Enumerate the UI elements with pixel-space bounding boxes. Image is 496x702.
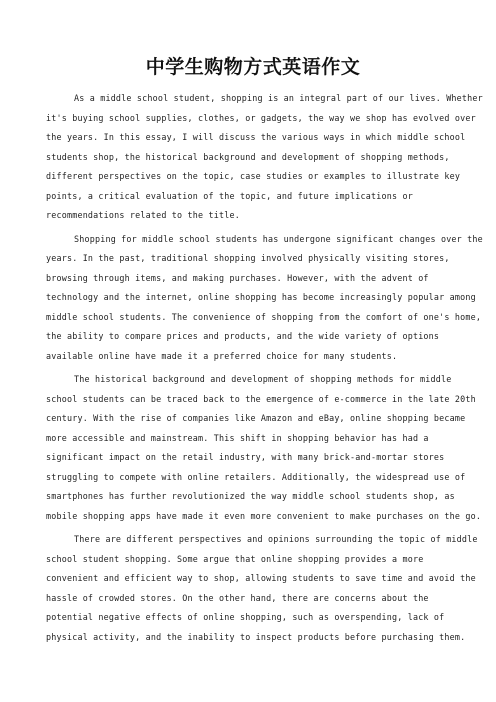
essay-line: struggling to compete with online retail…	[46, 468, 466, 488]
essay-line: middle school students. The convenience …	[46, 308, 466, 328]
essay-line: smartphones has further revolutionized t…	[46, 487, 466, 507]
essay-line: the ability to compare prices and produc…	[46, 327, 466, 347]
essay-line: school student shopping. Some argue that…	[46, 550, 466, 570]
essay-line: The historical background and developmen…	[46, 370, 466, 390]
essay-line: students shop, the historical background…	[46, 148, 466, 168]
essay-paragraph: As a middle school student, shopping is …	[46, 89, 466, 226]
essay-line: century. With the rise of companies like…	[46, 409, 466, 429]
essay-paragraph: There are different perspectives and opi…	[46, 530, 466, 647]
essay-line: different perspectives on the topic, cas…	[46, 167, 466, 187]
essay-line: mobile shopping apps have made it even m…	[46, 507, 466, 527]
document-title: 中学生购物方式英语作文	[46, 50, 460, 84]
essay-body: As a middle school student, shopping is …	[46, 89, 466, 647]
essay-line: recommendations related to the title.	[46, 206, 466, 226]
document-viewport: { "document": { "title": "中学生购物方式英语作文", …	[0, 0, 496, 702]
essay-line: years. In the past, traditional shopping…	[46, 249, 466, 269]
essay-line: technology and the internet, online shop…	[46, 288, 466, 308]
essay-line: school students can be traced back to th…	[46, 390, 466, 410]
essay-line: hassle of crowded stores. On the other h…	[46, 589, 466, 609]
document-page: 中学生购物方式英语作文 As a middle school student, …	[0, 0, 496, 702]
essay-line: significant impact on the retail industr…	[46, 448, 466, 468]
essay-line: physical activity, and the inability to …	[46, 628, 466, 648]
essay-paragraph: Shopping for middle school students has …	[46, 230, 466, 367]
essay-line: more accessible and mainstream. This shi…	[46, 429, 466, 449]
essay-line: points, a critical evaluation of the top…	[46, 187, 466, 207]
essay-line: available online have made it a preferre…	[46, 347, 466, 367]
essay-line: the years. In this essay, I will discuss…	[46, 128, 466, 148]
essay-line: As a middle school student, shopping is …	[46, 89, 466, 109]
essay-line: convenient and efficient way to shop, al…	[46, 569, 466, 589]
essay-line: it's buying school supplies, clothes, or…	[46, 109, 466, 129]
essay-line: browsing through items, and making purch…	[46, 269, 466, 289]
essay-line: There are different perspectives and opi…	[46, 530, 466, 550]
essay-line: potential negative effects of online sho…	[46, 608, 466, 628]
essay-line: Shopping for middle school students has …	[46, 230, 466, 250]
essay-paragraph: The historical background and developmen…	[46, 370, 466, 526]
